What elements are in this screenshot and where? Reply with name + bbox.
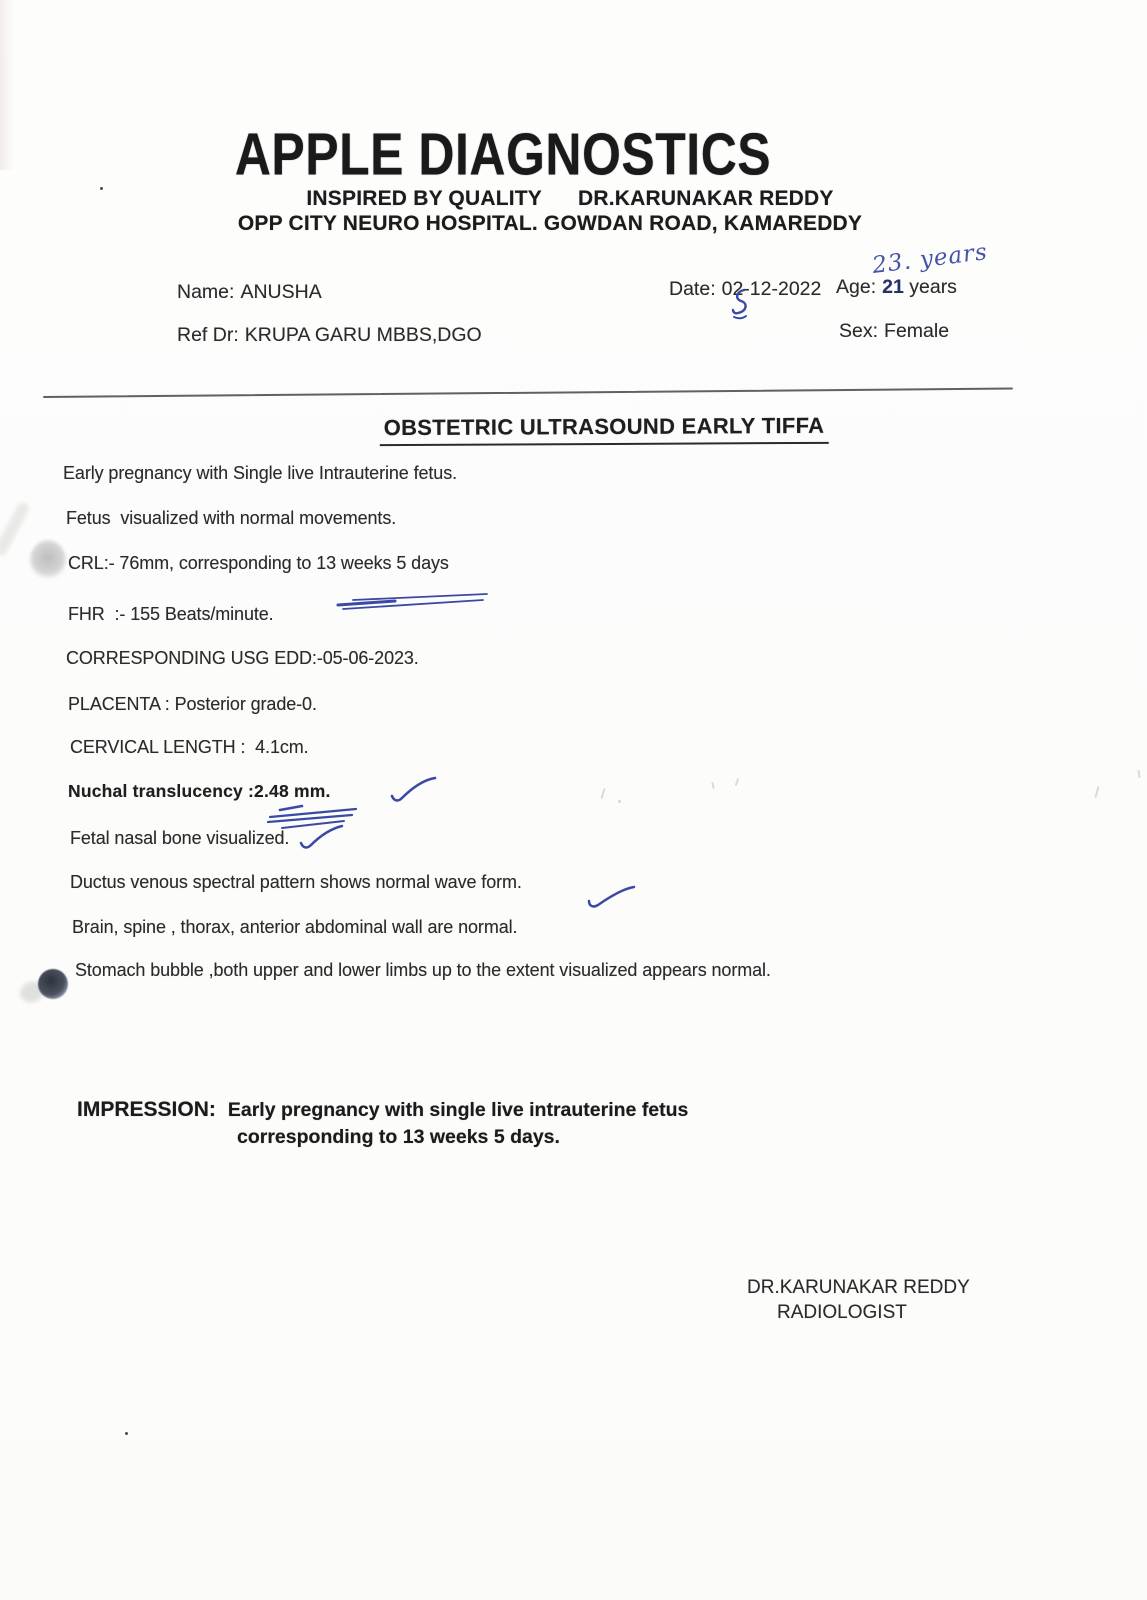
faint-scan-mark: [1137, 770, 1140, 778]
finding-line: Brain, spine , thorax, anterior abdomina…: [72, 917, 517, 938]
faint-scan-mark: [735, 778, 740, 786]
clinic-address: OPP CITY NEURO HOSPITAL. GOWDAN ROAD, KA…: [238, 212, 862, 236]
finding-line: PLACENTA : Posterior grade-0.: [68, 694, 317, 715]
patient-name-field: Name:ANUSHA: [177, 281, 322, 304]
faint-scan-mark: [618, 800, 621, 803]
header-tagline: INSPIRED BY QUALITY: [306, 187, 542, 211]
scan-smudge: [30, 540, 66, 580]
clinic-name: APPLE DIAGNOSTICS: [235, 120, 771, 188]
section-title: OBSTETRIC ULTRASOUND EARLY TIFFA: [380, 413, 829, 446]
ink-scribble-underline: [333, 592, 491, 612]
scan-ink-blot: [38, 969, 68, 999]
sex-label: Sex:: [839, 320, 878, 342]
ref-dr-label: Ref Dr:: [177, 324, 239, 346]
age-field: Age:21 years: [836, 276, 957, 299]
checkmark-ink-icon: [586, 884, 636, 910]
checkmark-ink-icon: [298, 824, 344, 852]
finding-line: CORRESPONDING USG EDD:-05-06-2023.: [66, 648, 419, 669]
sex-value: Female: [884, 320, 949, 342]
impression-line: IMPRESSION:Early pregnancy with single l…: [77, 1098, 688, 1122]
scan-speck: [125, 1432, 128, 1435]
checkmark-ink-icon: [389, 776, 437, 806]
finding-line: Fetus visualized with normal movements.: [66, 508, 396, 529]
finding-line: CRL:- 76mm, corresponding to 13 weeks 5 …: [68, 553, 449, 574]
date-correction-ink-icon: [729, 288, 755, 320]
age-label: Age:: [836, 276, 876, 298]
ref-dr-field: Ref Dr:KRUPA GARU MBBS,DGO: [177, 324, 482, 347]
impression-text-1: Early pregnancy with single live intraut…: [228, 1099, 689, 1121]
impression-text-2: corresponding to 13 weeks 5 days.: [237, 1126, 560, 1149]
scan-speck: [100, 187, 103, 190]
finding-line: Fetal nasal bone visualized.: [70, 828, 289, 849]
age-unit: years: [909, 276, 957, 298]
finding-line: Ductus venous spectral pattern shows nor…: [70, 872, 522, 893]
finding-line: FHR :- 155 Beats/minute.: [68, 604, 274, 625]
finding-line: Early pregnancy with Single live Intraut…: [63, 463, 457, 484]
faint-scan-mark: [600, 788, 605, 799]
ref-dr-value: KRUPA GARU MBBS,DGO: [245, 324, 482, 346]
name-label: Name:: [177, 281, 234, 303]
faint-scan-mark: [1094, 786, 1099, 798]
finding-line: CERVICAL LENGTH : 4.1cm.: [70, 737, 309, 758]
finding-line: Stomach bubble ,both upper and lower lim…: [75, 960, 771, 981]
date-label: Date:: [669, 278, 716, 300]
signature-doctor-name: DR.KARUNAKAR REDDY: [747, 1277, 970, 1299]
scan-smudge: [0, 501, 31, 558]
header-divider: [43, 388, 1013, 398]
signature-role: RADIOLOGIST: [777, 1302, 907, 1324]
name-value: ANUSHA: [240, 281, 321, 303]
finding-line-nuchal: Nuchal translucency :2.48 mm.: [68, 781, 331, 802]
header-doctor-name: DR.KARUNAKAR REDDY: [578, 187, 834, 211]
age-value: 21: [882, 276, 904, 298]
header-subline: INSPIRED BY QUALITY DR.KARUNAKAR REDDY: [306, 187, 833, 211]
impression-label: IMPRESSION:: [77, 1098, 216, 1121]
faint-scan-mark: [711, 782, 714, 789]
scan-edge-shadow: [0, 0, 14, 170]
age-handwritten-note: 23. years: [871, 239, 989, 279]
scanned-report-page: APPLE DIAGNOSTICS INSPIRED BY QUALITY DR…: [0, 0, 1147, 1600]
sex-field: Sex:Female: [839, 320, 949, 343]
